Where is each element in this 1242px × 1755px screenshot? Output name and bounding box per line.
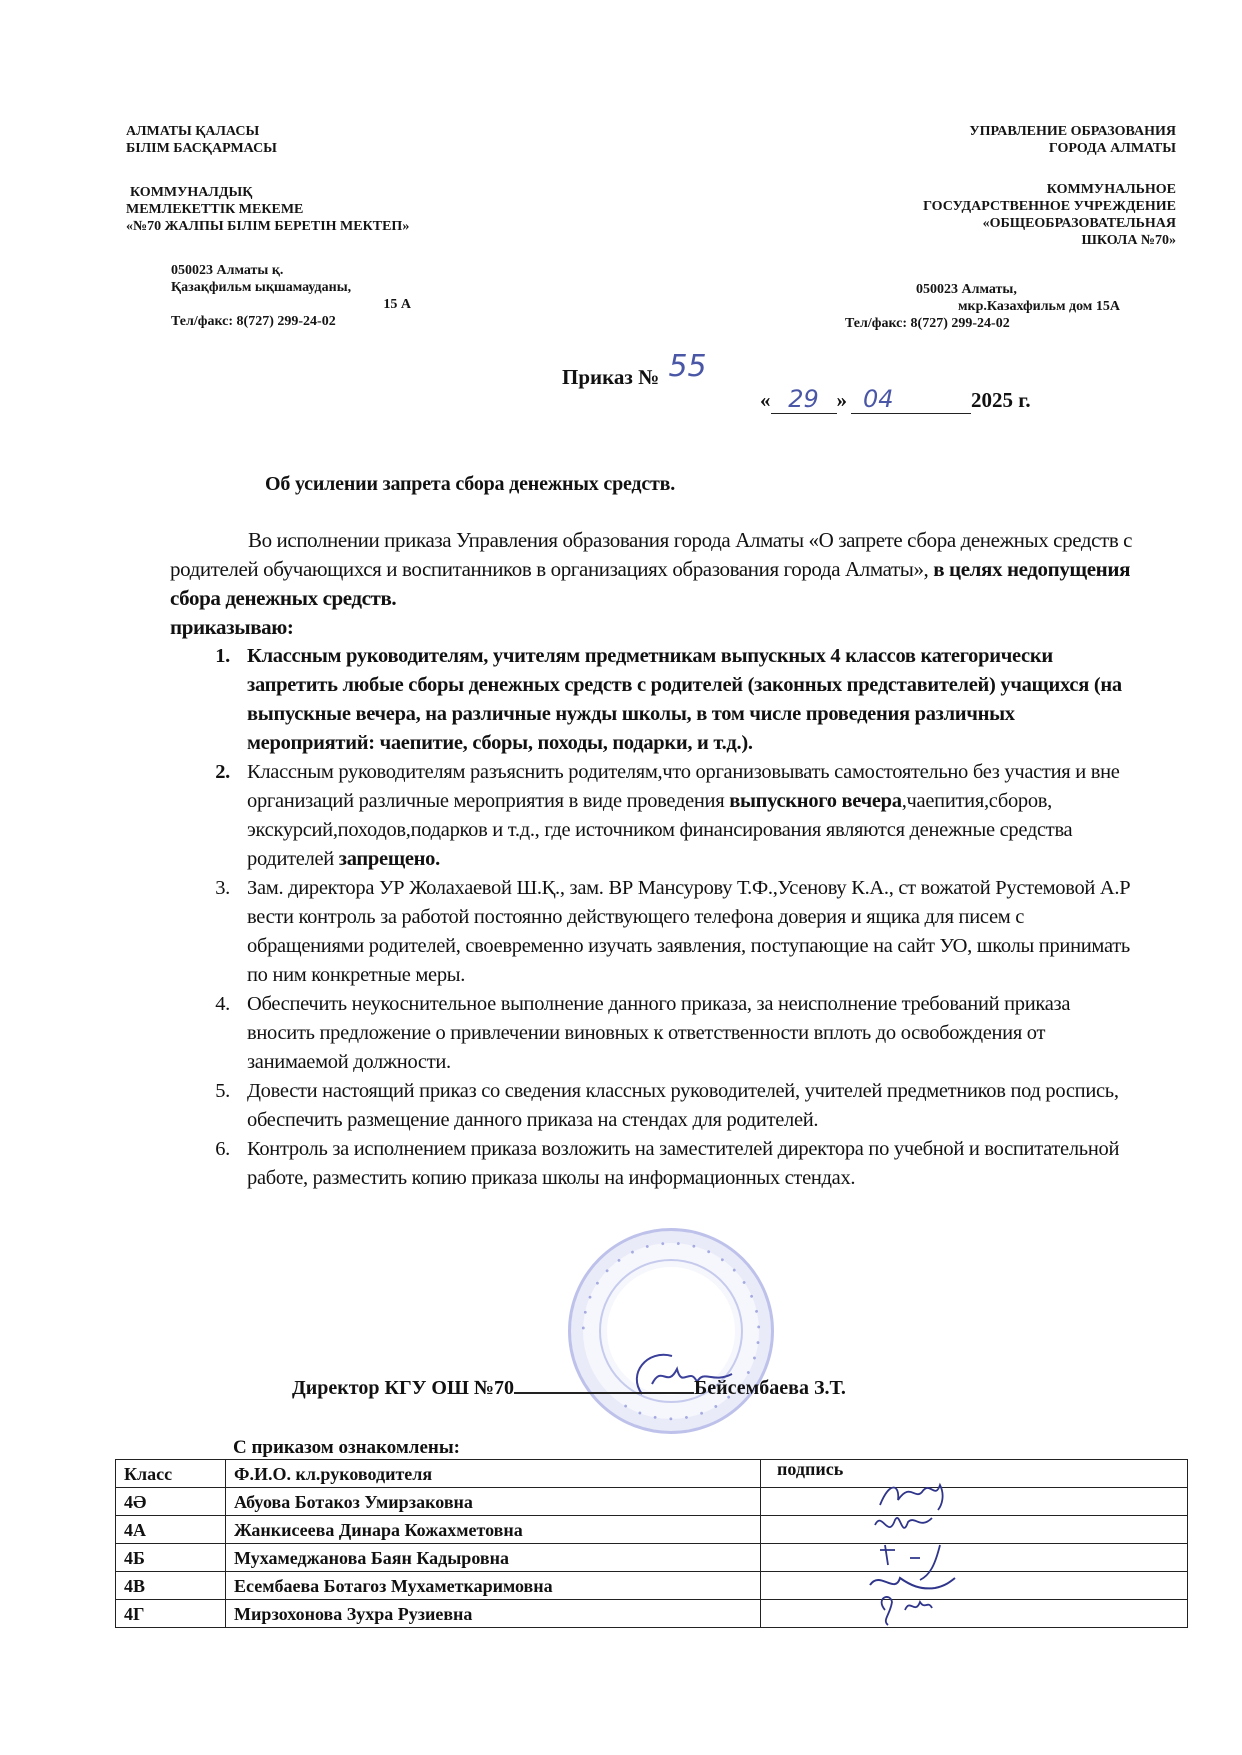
date-open-quote: « (760, 388, 771, 412)
order-item-4: 4. Обеспечить неукоснительное выполнение… (200, 990, 1140, 1077)
signature-header-label: подпись (777, 1459, 843, 1479)
column-header-class: Класс (116, 1460, 226, 1488)
item-number: 3. (200, 874, 230, 903)
item-text: Обеспечить неукоснительное выполнение да… (247, 993, 1070, 1073)
intro-paragraph: Во исполнении приказа Управления образов… (170, 526, 1170, 642)
addr-kz-line1: 050023 Алматы қ. (171, 262, 411, 279)
order-item-1: 1. Классным руководителям, учителям пред… (200, 642, 1140, 758)
item-text: Контроль за исполнением приказа возложит… (247, 1138, 1119, 1189)
date-month-handwritten: 04 (863, 385, 894, 413)
cell-name: Абуова Ботакоз Умирзаковна (226, 1488, 761, 1516)
item-number: 1. (200, 642, 230, 671)
addr-ru-line2: мкр.Казахфильм дом 15А (845, 298, 1155, 315)
cell-class: 4В (116, 1572, 226, 1600)
order-label: Приказ № (562, 365, 659, 389)
item-text: Классным руководителям, учителям предмет… (247, 645, 1122, 754)
header-right-institution: КОММУНАЛЬНОЕ ГОСУДАРСТВЕННОЕ УЧРЕЖДЕНИЕ … (923, 181, 1176, 249)
signature-line (514, 1372, 694, 1394)
inst-ru-line3: «ОБЩЕОБРАЗОВАТЕЛЬНАЯ (923, 215, 1176, 232)
directive-word: приказываю: (170, 613, 1170, 642)
order-item-6: 6. Контроль за исполнением приказа возло… (200, 1135, 1140, 1193)
cell-class: 4Ә (116, 1488, 226, 1516)
inst-kz-line1: КОММУНАЛДЫҚ (126, 184, 409, 201)
order-number-handwritten: 55 (668, 349, 706, 384)
director-signature-block: Директор КГУ ОШ №70Бейсембаева З.Т. (292, 1372, 846, 1400)
table-row: 4А Жанкисеева Динара Кожахметовна (116, 1516, 1188, 1544)
order-date-line: «29»042025 г. (760, 385, 1031, 414)
phone-ru: Тел/факс: 8(727) 299-24-02 (845, 315, 1155, 332)
phone-kz: Тел/факс: 8(727) 299-24-02 (171, 313, 411, 330)
order-item-2: 2. Классным руководителям разъяснить род… (200, 758, 1140, 874)
header-left-org: АЛМАТЫ ҚАЛАСЫ БІЛІМ БАСҚАРМАСЫ (126, 123, 277, 157)
addr-kz-line3: 15 А (171, 296, 411, 313)
cell-name: Есембаева Ботагоз Мухаметкаримовна (226, 1572, 761, 1600)
acknowledgement-table: Класс Ф.И.О. кл.руководителя подпись 4Ә … (115, 1459, 1188, 1628)
acknowledgement-title: С приказом ознакомлены: (233, 1437, 460, 1459)
header-left-address: 050023 Алматы қ. Қазақфильм ықшамауданы,… (171, 262, 411, 330)
item-number: 2. (200, 758, 230, 787)
addr-kz-line2: Қазақфильм ықшамауданы, (171, 279, 411, 296)
inst-ru-line4: ШКОЛА №70» (923, 232, 1176, 249)
cell-class: 4Б (116, 1544, 226, 1572)
inst-kz-line3: «№70 ЖАЛПЫ БІЛІМ БЕРЕТІН МЕКТЕП» (126, 218, 409, 235)
director-name: Бейсембаева З.Т. (694, 1377, 846, 1399)
org-name-ru-line2: ГОРОДА АЛМАТЫ (969, 140, 1176, 157)
order-item-5: 5. Довести настоящий приказ со сведения … (200, 1077, 1140, 1135)
org-name-ru-line1: УПРАВЛЕНИЕ ОБРАЗОВАНИЯ (969, 123, 1176, 140)
addr-ru-line1: 050023 Алматы, (845, 281, 1155, 298)
order-subject: Об усилении запрета сбора денежных средс… (265, 473, 675, 496)
item-bold-text: запрещено. (339, 848, 440, 870)
header-right-address: 050023 Алматы, мкр.Казахфильм дом 15А Те… (845, 281, 1155, 332)
date-year: 2025 г. (971, 388, 1031, 412)
cell-class: 4Г (116, 1600, 226, 1628)
item-text: Довести настоящий приказ со сведения кла… (247, 1080, 1119, 1131)
date-day-field: 29 (771, 385, 837, 414)
header-right-org: УПРАВЛЕНИЕ ОБРАЗОВАНИЯ ГОРОДА АЛМАТЫ (969, 123, 1176, 157)
table-row: 4Ә Абуова Ботакоз Умирзаковна (116, 1488, 1188, 1516)
date-month-field: 04 (851, 385, 971, 414)
org-name-kz-line1: АЛМАТЫ ҚАЛАСЫ (126, 123, 277, 140)
director-position: Директор КГУ ОШ №70 (292, 1377, 514, 1399)
order-items-list: 1. Классным руководителям, учителям пред… (200, 642, 1140, 1193)
date-day-handwritten: 29 (788, 385, 819, 413)
item-bold-text: выпускного вечера (729, 790, 902, 812)
cell-class: 4А (116, 1516, 226, 1544)
item-number: 6. (200, 1135, 230, 1164)
inst-ru-line2: ГОСУДАРСТВЕННОЕ УЧРЕЖДЕНИЕ (923, 198, 1176, 215)
date-close-quote: » (837, 388, 848, 412)
table-row: 4Г Мирзохонова Зухра Рузиевна (116, 1600, 1188, 1628)
item-text: Зам. директора УР Жолахаевой Ш.Қ., зам. … (247, 877, 1130, 986)
cell-name: Жанкисеева Динара Кожахметовна (226, 1516, 761, 1544)
teacher-signatures-icon (860, 1470, 980, 1630)
order-item-3: 3. Зам. директора УР Жолахаевой Ш.Қ., за… (200, 874, 1140, 990)
column-header-name: Ф.И.О. кл.руководителя (226, 1460, 761, 1488)
inst-ru-line1: КОММУНАЛЬНОЕ (923, 181, 1176, 198)
org-name-kz-line2: БІЛІМ БАСҚАРМАСЫ (126, 140, 277, 157)
table-header-row: Класс Ф.И.О. кл.руководителя подпись (116, 1460, 1188, 1488)
order-number-line: Приказ № 55 (562, 357, 707, 392)
table-row: 4Б Мухамеджанова Баян Кадыровна (116, 1544, 1188, 1572)
cell-name: Мирзохонова Зухра Рузиевна (226, 1600, 761, 1628)
table-row: 4В Есембаева Ботагоз Мухаметкаримовна (116, 1572, 1188, 1600)
item-number: 4. (200, 990, 230, 1019)
inst-kz-line2: МЕМЛЕКЕТТІК МЕКЕМЕ (126, 201, 409, 218)
item-number: 5. (200, 1077, 230, 1106)
header-left-institution: КОММУНАЛДЫҚ МЕМЛЕКЕТТІК МЕКЕМЕ «№70 ЖАЛП… (126, 184, 409, 235)
cell-name: Мухамеджанова Баян Кадыровна (226, 1544, 761, 1572)
